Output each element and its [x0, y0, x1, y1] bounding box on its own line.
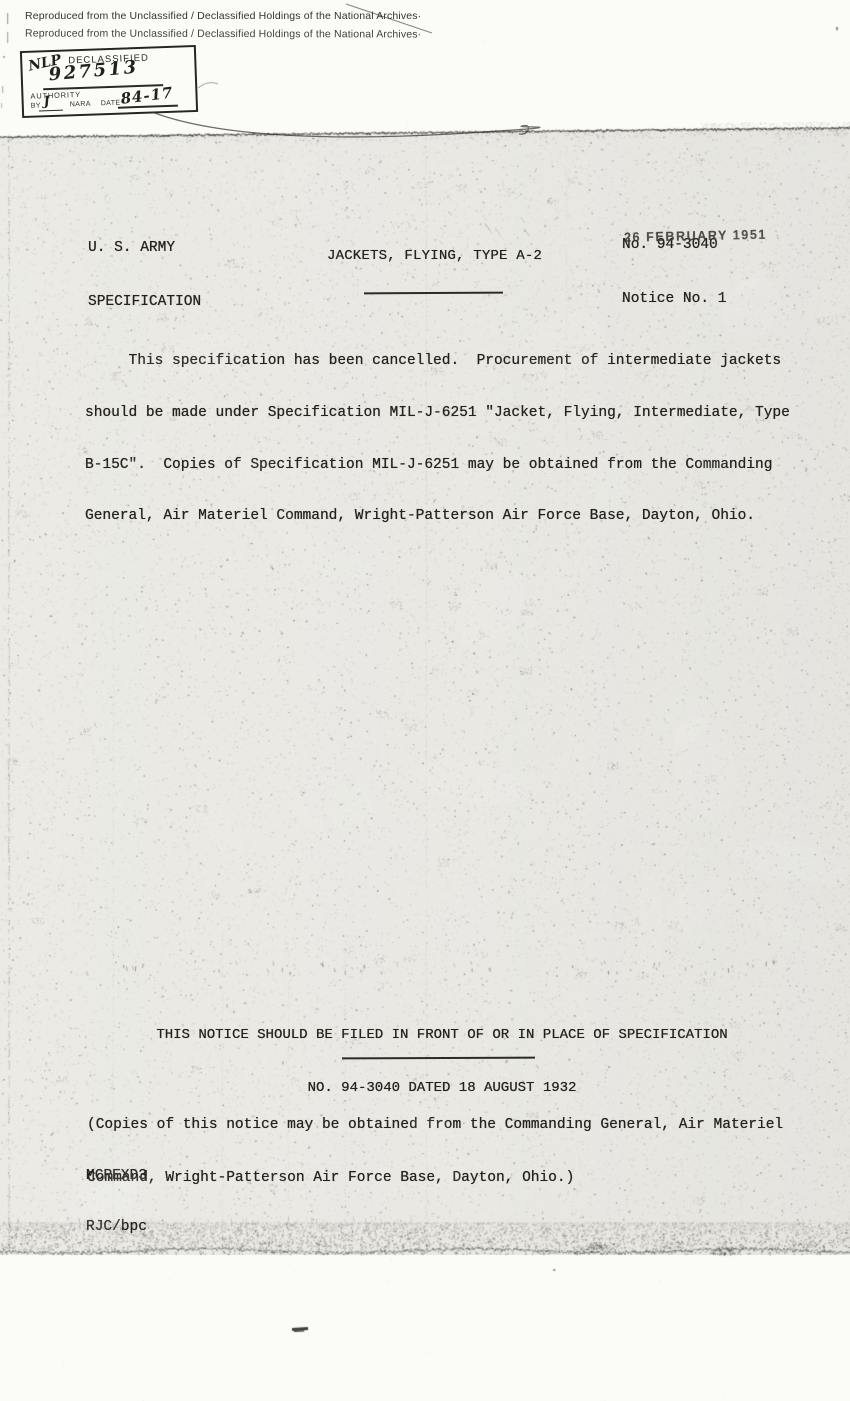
org-line-specification: SPECIFICATION: [88, 293, 201, 311]
copies-line: Command, Wright-Patterson Air Force Base…: [87, 1170, 783, 1188]
office-codes: MCREXD3 RJC/bpc: [86, 1134, 147, 1270]
notice-number: Notice No. 1: [622, 290, 726, 308]
stamp-nara-label: NARA: [70, 101, 91, 109]
cancellation-paragraph: This specification has been cancelled. P…: [85, 319, 790, 560]
body-line: General, Air Materiel Command, Wright-Pa…: [85, 508, 790, 525]
scanned-document: Reproduced from the Unclassified / Decla…: [0, 0, 850, 1401]
body-line: should be made under Specification MIL-J…: [85, 405, 790, 422]
archive-header-line-1: Reproduced from the Unclassified / Decla…: [25, 10, 421, 22]
document-title: JACKETS, FLYING, TYPE A-2: [327, 248, 542, 264]
body-line: B-15C". Copies of Specification MIL-J-62…: [85, 457, 790, 474]
body-line: This specification has been cancelled. P…: [85, 353, 790, 370]
stamp-number-handwritten: 927513: [48, 57, 140, 86]
stamp-underline: [39, 110, 63, 112]
copies-line: (Copies of this notice may be obtained f…: [87, 1117, 783, 1135]
stamp-by-label: BY: [31, 102, 41, 109]
copies-note: (Copies of this notice may be obtained f…: [87, 1082, 783, 1222]
stamp-authority-label: AUTHORITY: [30, 90, 81, 101]
title-divider-rule: [364, 292, 503, 295]
office-code: MCREXD3: [86, 1168, 147, 1185]
declassified-stamp: NLP DECLASSIFIED 927513 AUTHORITY BY J N…: [20, 45, 198, 118]
archive-header-line-2: Reproduced from the Unclassified / Decla…: [25, 27, 421, 40]
received-date-stamp: 26 FEBRUARY 1951: [624, 227, 767, 245]
document-page: U. S. ARMY SPECIFICATION No. 94-3040 Not…: [0, 127, 850, 1255]
filing-line: THIS NOTICE SHOULD BE FILED IN FRONT OF …: [85, 1027, 799, 1045]
org-line-army: U. S. ARMY: [88, 239, 201, 257]
typist-initials: RJC/bpc: [86, 1219, 147, 1236]
